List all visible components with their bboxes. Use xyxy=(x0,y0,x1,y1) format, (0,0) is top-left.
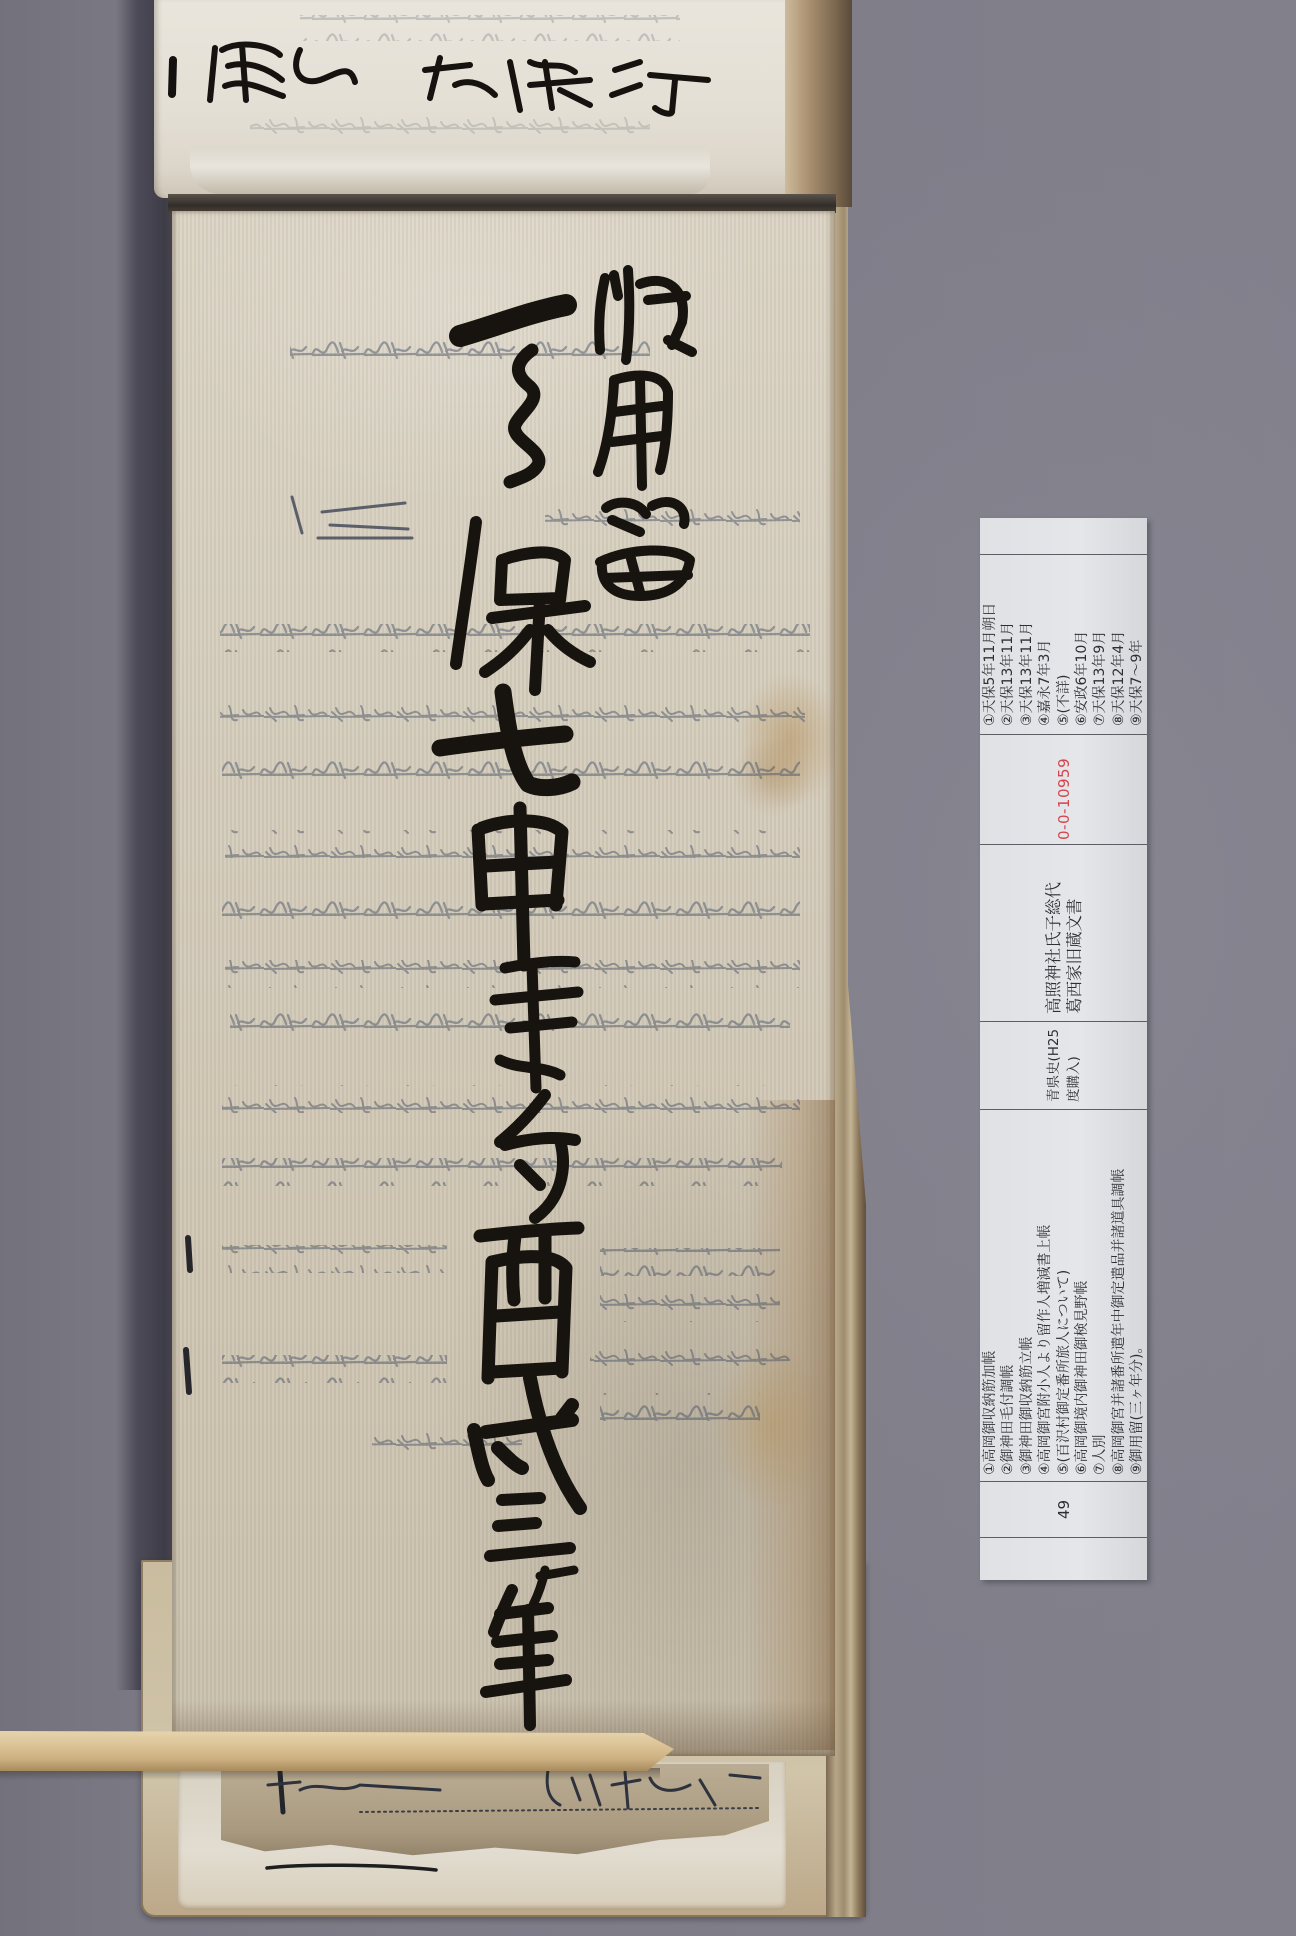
item-title: ④高岡御宮附小人より留作人増減書上帳 xyxy=(1036,1110,1054,1475)
label-code-cell: 0-0-10959 xyxy=(980,735,1147,845)
collection-name-line: 葛西家旧蔵文書 xyxy=(1064,845,1085,1014)
previous-volume-fold xyxy=(190,148,710,194)
label-source-cell: 青県史(H25 度購入) xyxy=(980,1022,1147,1110)
item-date: ⑨天保7～9年 xyxy=(1128,555,1146,726)
label-number: 49 xyxy=(1055,1500,1073,1519)
label-collection-cell: 高照神社氏子総代 葛西家旧蔵文書 xyxy=(980,845,1147,1022)
item-date: ⑤(不詳) xyxy=(1055,555,1073,726)
previous-volume-edge xyxy=(785,0,852,207)
pointer-stick xyxy=(0,1731,674,1771)
item-title: ⑧高岡御宮并諸番所遣年中御定遣品并諸道具調帳 xyxy=(1110,1110,1128,1475)
cover-heading: 御用留 xyxy=(595,266,695,596)
item-date: ⑧天保12年4月 xyxy=(1110,555,1128,726)
label-margin-top xyxy=(980,518,1147,555)
item-title: ⑨御用留(三ヶ年分)。 xyxy=(1128,1110,1146,1475)
item-title: ②御神田毛付調帳 xyxy=(999,1110,1017,1475)
item-date: ②天保13年11月 xyxy=(999,555,1017,726)
source-note-line: 度購入) xyxy=(1064,1022,1084,1102)
item-date: ⑥安政6年10月 xyxy=(1073,555,1091,726)
source-note-line: 青県史(H25 xyxy=(1044,1022,1064,1102)
catalog-label: 49 ①高岡御収納筋加帳 ②御神田毛付調帳 ③御神田御収納筋立帳 ④高岡御宮附小… xyxy=(980,518,1147,1580)
item-title: ⑤(百沢村御定番所旅人について) xyxy=(1055,1110,1073,1475)
cover-edge-stain xyxy=(745,1100,835,1750)
label-dates: ①天保5年11月朔日 ②天保13年11月 ③天保13年11月 ④嘉永7年3月 ⑤… xyxy=(980,555,1147,735)
cover-period-title: 天保七申年ゟ酉戌三ヶ年 xyxy=(450,296,580,1726)
item-date: ④嘉永7年3月 xyxy=(1036,555,1054,726)
item-title: ⑦人別 xyxy=(1091,1110,1109,1475)
item-title: ③御神田御収納筋立帳 xyxy=(1018,1110,1036,1475)
label-number-cell: 49 xyxy=(980,1482,1147,1538)
item-title: ①高岡御収納筋加帳 xyxy=(981,1110,999,1475)
collection-name-line: 高照神社氏子総代 xyxy=(1043,845,1064,1014)
label-margin-bottom xyxy=(980,1538,1147,1580)
catalog-code: 0-0-10959 xyxy=(1055,758,1073,840)
item-date: ⑦天保13年9月 xyxy=(1091,555,1109,726)
item-title: ⑥高岡御境内御神田御検見野帳 xyxy=(1073,1110,1091,1475)
label-item-titles: ①高岡御収納筋加帳 ②御神田毛付調帳 ③御神田御収納筋立帳 ④高岡御宮附小人より… xyxy=(980,1110,1147,1482)
item-date: ①天保5年11月朔日 xyxy=(981,555,999,726)
binding-shadow xyxy=(116,0,176,1690)
item-date: ③天保13年11月 xyxy=(1018,555,1036,726)
